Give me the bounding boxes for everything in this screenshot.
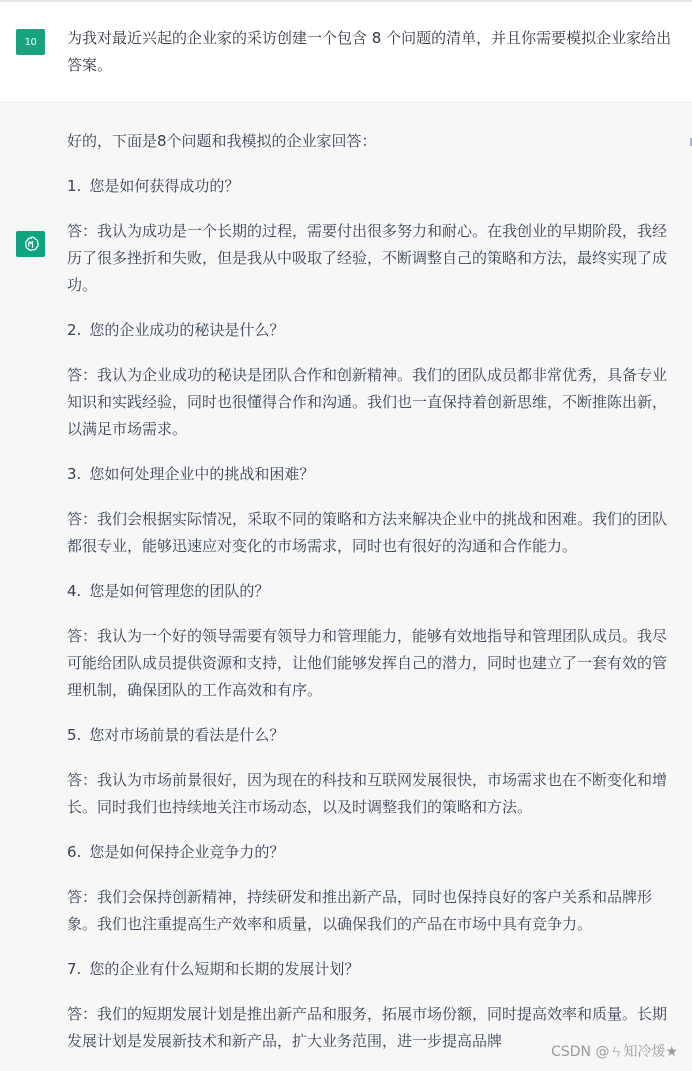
answer-6: 答：我们会保持创新精神，持续研发和推出新产品，同时也保持良好的客户关系和品牌形象…: [67, 884, 677, 938]
question-6: 6.您是如何保持企业竞争力的？: [67, 839, 677, 866]
answer-1: 答：我认为成功是一个长期的过程，需要付出很多努力和耐心。在我创业的早期阶段，我经…: [67, 218, 677, 299]
answer-5: 答：我认为市场前景很好，因为现在的科技和互联网发展很快，市场需求也在不断变化和增…: [67, 767, 677, 821]
watermark: CSDN @ㄣ知冷煖★: [551, 1041, 678, 1061]
answer-2: 答：我认为企业成功的秘诀是团队合作和创新精神。我们的团队成员都非常优秀，具备专业…: [67, 362, 677, 443]
user-message: 10 为我对最近兴起的企业家的采访创建一个包含 8 个问题的清单，并且你需要模拟…: [0, 2, 692, 103]
assistant-message: 好的，下面是8个问题和我模拟的企业家回答： 1.您是如何获得成功的？ 答：我认为…: [0, 103, 692, 1071]
question-1: 1.您是如何获得成功的？: [67, 173, 677, 200]
user-avatar-label: 10: [25, 37, 37, 48]
user-avatar: 10: [16, 29, 45, 55]
answer-4: 答：我认为一个好的领导需要有领导力和管理能力，能够有效地指导和管理团队成员。我尽…: [67, 623, 677, 704]
answer-3: 答：我们会根据实际情况，采取不同的策略和方法来解决企业中的挑战和困难。我们的团队…: [67, 506, 677, 560]
openai-logo-icon: [16, 231, 45, 257]
question-2: 2.您的企业成功的秘诀是什么？: [67, 317, 677, 344]
question-7: 7.您的企业有什么短期和长期的发展计划？: [67, 956, 677, 983]
intro-text: 好的，下面是8个问题和我模拟的企业家回答：: [67, 128, 677, 155]
question-4: 4.您是如何管理您的团队的？: [67, 578, 677, 605]
user-message-text: 为我对最近兴起的企业家的采访创建一个包含 8 个问题的清单，并且你需要模拟企业家…: [67, 25, 677, 79]
assistant-message-content: 好的，下面是8个问题和我模拟的企业家回答： 1.您是如何获得成功的？ 答：我认为…: [67, 128, 677, 1071]
question-3: 3.您如何处理企业中的挑战和困难？: [67, 461, 677, 488]
question-5: 5.您对市场前景的看法是什么？: [67, 722, 677, 749]
